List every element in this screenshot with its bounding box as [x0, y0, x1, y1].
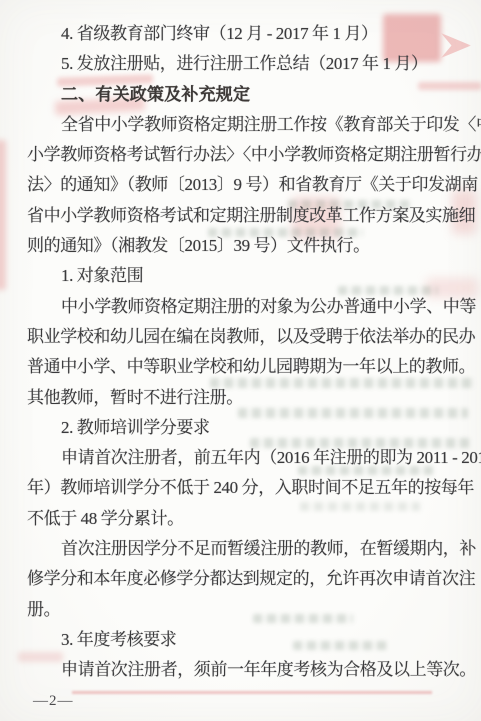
scan-vignette	[0, 0, 481, 721]
document-page: 4. 省级教育部门终审（12 月 - 2017 年 1 月） 5. 发放注册贴，…	[0, 0, 481, 721]
